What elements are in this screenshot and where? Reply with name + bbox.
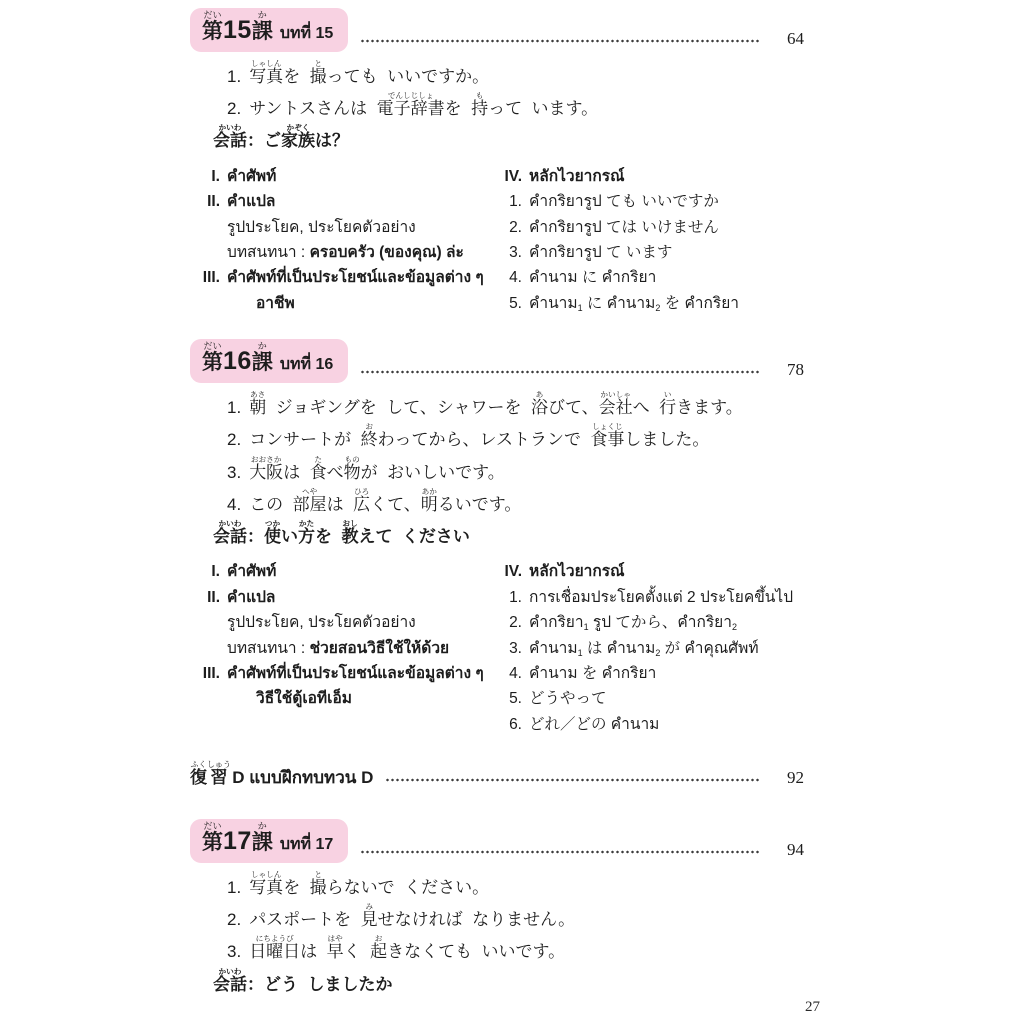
subscript-number: 2 bbox=[655, 303, 660, 313]
text-run: ：どう しましたか bbox=[247, 975, 392, 994]
sentence-text: 写真しゃしんを 撮とらないで ください。 bbox=[249, 878, 489, 897]
text-run: は คำนาม bbox=[583, 640, 656, 657]
ruby-base-text: 行い bbox=[659, 398, 676, 417]
furigana: お bbox=[370, 934, 387, 943]
furigana: だい bbox=[202, 10, 223, 20]
lesson-title-box: 第だい17課かบทที่ 17 bbox=[190, 819, 348, 863]
toc-page-number: 92 bbox=[770, 769, 804, 786]
item-label: III. bbox=[190, 268, 220, 289]
item-label: 2. bbox=[492, 218, 522, 239]
item-text: คำนาม に คำกริยา bbox=[529, 268, 656, 289]
ruby-base-text: 教おし bbox=[341, 527, 358, 546]
item-text: หลักไวยากรณ์ bbox=[529, 167, 624, 188]
text-run: を bbox=[283, 878, 309, 897]
text-run: らないで ください。 bbox=[327, 878, 489, 897]
furigana: み bbox=[361, 902, 378, 911]
sentence-line: 1.朝あさ ジョギングを して、シャワーを 浴あびて、会社かいしゃへ 行いきます… bbox=[190, 390, 804, 419]
sentence-text: 大阪おおさかは 食たべ物ものが おいしいです。 bbox=[249, 463, 505, 482]
text-run: わってから、レストランで bbox=[378, 430, 591, 449]
lesson-header-row: 第だい17課かบทที่ 1794 bbox=[190, 819, 804, 863]
column-item: IV.หลักไวยากรณ์ bbox=[492, 167, 804, 188]
text-run: べ bbox=[327, 463, 344, 482]
text-run: を bbox=[445, 99, 471, 118]
text-run: を bbox=[315, 527, 341, 546]
sentence-line: 2.パスポートを 見みせなければ なりません。 bbox=[190, 902, 804, 931]
text-run: คำนาม に คำกริยา bbox=[529, 269, 656, 286]
ruby-base-text: 早はや bbox=[327, 942, 344, 961]
text-run: しました。 bbox=[624, 430, 709, 449]
sentence-line: 2.サントスさんは 電子辞書でんしじしょを 持もって います。 bbox=[190, 91, 804, 120]
sentence-text: この 部屋へやは 広ひろくて、明あかるいです。 bbox=[249, 495, 521, 514]
furigana: しゃしん bbox=[249, 59, 283, 68]
text-run: คำศัพท์ bbox=[227, 168, 276, 185]
text-run: หลักไวยากรณ์ bbox=[529, 168, 624, 185]
column-item: 5.คำนาม1 に คำนาม2 を คำกริยา bbox=[492, 294, 804, 315]
text-run: รูป てから、คำกริยา bbox=[589, 614, 732, 631]
text-run: せなければ なりません。 bbox=[378, 910, 575, 929]
text-run: คำศัพท์ bbox=[227, 563, 276, 580]
kaiwa-line: 会話かいわ：使つかい方かたを 教おしえて ください bbox=[190, 519, 804, 548]
grammar-column: IV.หลักไวยากรณ์1.คำกริยารูป ても いいですか2.คำ… bbox=[492, 162, 804, 319]
subscript-number: 1 bbox=[584, 622, 589, 632]
column-item: III.คำศัพท์ที่เป็นประโยชน์และข้อมูลต่าง … bbox=[190, 664, 492, 685]
furigana: へや bbox=[293, 487, 327, 496]
furigana: あ bbox=[531, 390, 548, 399]
text-run: วิธีใช้ตู้เอทีเอ็ม bbox=[256, 690, 352, 707]
item-label: III. bbox=[190, 664, 220, 685]
furigana: かいわ bbox=[213, 123, 247, 132]
item-text: คำกริยารูป ても いいですか bbox=[529, 192, 719, 213]
item-text: คำกริยารูป ては いけません bbox=[529, 218, 719, 239]
item-text: คำแปล bbox=[227, 192, 275, 213]
text-run: 16 bbox=[223, 347, 252, 375]
text-run: く bbox=[344, 942, 370, 961]
lesson-header-row: 第だい15課かบทที่ 1564 bbox=[190, 8, 804, 52]
item-label: 6. bbox=[492, 715, 522, 736]
item-text: คำนาม を คำกริยา bbox=[529, 664, 656, 685]
sentence-text: 朝あさ ジョギングを して、シャワーを 浴あびて、会社かいしゃへ 行いきます。 bbox=[249, 398, 743, 417]
text-run: บทสนทนา : bbox=[227, 640, 310, 657]
column-item: รูปประโยค, ประโยคตัวอย่าง bbox=[190, 218, 492, 239]
ruby-base-text: 物もの bbox=[344, 463, 361, 482]
sentence-line: 1.写真しゃしんを 撮とらないで ください。 bbox=[190, 870, 804, 899]
item-text: คำกริยา1 รูป てから、คำกริยา2 bbox=[529, 613, 737, 634]
ruby-base-text: 会話かいわ bbox=[213, 975, 247, 994]
lesson-entry: 第だい15課かบทที่ 15641.写真しゃしんを 撮とっても いいですか。2… bbox=[190, 8, 804, 319]
text-run: は bbox=[283, 463, 309, 482]
furigana: か bbox=[252, 821, 273, 831]
text-run: きなくても いいです。 bbox=[387, 942, 565, 961]
item-label: 5. bbox=[492, 689, 522, 710]
ruby-base-text: 朝あさ bbox=[249, 398, 266, 417]
subscript-number: 1 bbox=[578, 648, 583, 658]
column-item: II.คำแปล bbox=[190, 588, 492, 609]
furigana: つか bbox=[264, 519, 281, 528]
column-item: 1.การเชื่อมประโยคตั้งแต่ 2 ประโยคขึ้นไป bbox=[492, 588, 804, 609]
ruby-base-text: 広ひろ bbox=[353, 495, 370, 514]
text-run: に คำนาม bbox=[583, 295, 656, 312]
item-text: วิธีใช้ตู้เอทีเอ็ม bbox=[256, 689, 352, 710]
furigana: だい bbox=[202, 821, 223, 831]
text-run: คำนาม bbox=[529, 295, 578, 312]
item-text: คำแปล bbox=[227, 588, 275, 609]
text-run: ： bbox=[247, 527, 264, 546]
furigana: た bbox=[310, 455, 327, 464]
ruby-base-text: 会社かいしゃ bbox=[599, 398, 633, 417]
column-item: 3.คำกริยารูป て います bbox=[492, 243, 804, 264]
item-label: 1. bbox=[492, 588, 522, 609]
furigana: にちようび bbox=[249, 934, 300, 943]
toc-page-number: 94 bbox=[770, 841, 804, 858]
ruby-base-text: 写真しゃしん bbox=[249, 878, 283, 897]
ruby-base-text: 日曜日にちようび bbox=[249, 942, 300, 961]
text-run: 15 bbox=[223, 16, 252, 44]
kaiwa-text: 会話かいわ：ご家族かぞくは？ bbox=[213, 131, 349, 150]
ruby-base-text: 起お bbox=[370, 942, 387, 961]
text-run: この bbox=[249, 495, 292, 514]
furigana: あさ bbox=[249, 390, 266, 399]
item-text: คำนาม1 は คำนาม2 が คำคุณศัพท์ bbox=[529, 639, 759, 660]
column-item: 4.คำนาม に คำกริยา bbox=[492, 268, 804, 289]
item-text: คำศัพท์ที่เป็นประโยชน์และข้อมูลต่าง ๆ bbox=[227, 268, 484, 289]
text-run: บทสนทนา : bbox=[227, 244, 310, 261]
grammar-column: IV.หลักไวยากรณ์1.การเชื่อมประโยคตั้งแต่ … bbox=[492, 558, 804, 740]
subscript-number: 1 bbox=[578, 303, 583, 313]
furigana: い bbox=[659, 390, 676, 399]
column-item: 4.คำนาม を คำกริยา bbox=[492, 664, 804, 685]
ruby-base-text: 会話かいわ bbox=[213, 527, 247, 546]
furigana: だい bbox=[202, 341, 223, 351]
kaiwa-text: 会話かいわ：どう しましたか bbox=[213, 975, 392, 994]
text-run: คำนาม を คำกริยา bbox=[529, 665, 656, 682]
item-text: บทสนทนา : ช่วยสอนวิธีใช้ให้ด้วย bbox=[227, 639, 449, 660]
text-run: サントスさんは bbox=[249, 99, 376, 118]
lesson-columns: I.คำศัพท์II.คำแปลรูปประโยค, ประโยคตัวอย่… bbox=[190, 558, 804, 740]
item-label: IV. bbox=[492, 167, 522, 188]
lesson-title-thai: บทที่ 17 bbox=[280, 832, 334, 857]
column-item: I.คำศัพท์ bbox=[190, 167, 492, 188]
item-label: 3. bbox=[492, 243, 522, 264]
dotted-leader bbox=[360, 370, 760, 374]
dotted-leader bbox=[385, 778, 760, 782]
text-run: คำกริยารูป て います bbox=[529, 244, 672, 261]
furigana: かぞく bbox=[281, 123, 315, 132]
text-run: びて、 bbox=[548, 398, 599, 417]
item-text: หลักไวยากรณ์ bbox=[529, 562, 624, 583]
ruby-base-text: 課か bbox=[252, 831, 273, 854]
text-run: きます。 bbox=[676, 398, 743, 417]
ruby-base-text: 見み bbox=[361, 910, 378, 929]
text-run: を bbox=[283, 67, 309, 86]
text-run: どれ／どの คำนาม bbox=[529, 716, 659, 733]
review-title: 復ふく習しゅう D แบบฝึกทบทวน D bbox=[190, 760, 373, 791]
sentence-number: 3. bbox=[227, 941, 241, 963]
furigana: もの bbox=[344, 455, 361, 464]
text-run: どうやって bbox=[529, 690, 607, 707]
item-text: คำศัพท์ที่เป็นประโยชน์และข้อมูลต่าง ๆ bbox=[227, 664, 484, 685]
furigana: かいしゃ bbox=[599, 390, 633, 399]
ruby-base-text: 第だい bbox=[202, 20, 223, 43]
column-item: อาชีพ bbox=[190, 294, 492, 315]
dotted-leader bbox=[360, 39, 760, 43]
item-label: 4. bbox=[492, 664, 522, 685]
column-item: 6.どれ／どの คำนาม bbox=[492, 715, 804, 736]
text-run: を คำกริยา bbox=[660, 295, 739, 312]
sentence-line: 1.写真しゃしんを 撮とっても いいですか。 bbox=[190, 59, 804, 88]
text-run: อาชีพ bbox=[256, 295, 295, 312]
furigana: も bbox=[471, 91, 488, 100]
sentence-number: 2. bbox=[227, 909, 241, 931]
item-label: II. bbox=[190, 588, 220, 609]
furigana: かた bbox=[298, 519, 315, 528]
sentence-text: コンサートが 終おわってから、レストランで 食事しょくじしました。 bbox=[249, 430, 709, 449]
ruby-base-text: 会話かいわ bbox=[213, 131, 247, 150]
ruby-base-text: 大阪おおさか bbox=[249, 463, 283, 482]
ruby-base-text: 食た bbox=[310, 463, 327, 482]
furigana: しょくじ bbox=[590, 422, 624, 431]
text-run: くて、 bbox=[370, 495, 421, 514]
ruby-base-text: 浴あ bbox=[531, 398, 548, 417]
example-sentences: 1.朝あさ ジョギングを して、シャワーを 浴あびて、会社かいしゃへ 行いきます… bbox=[190, 390, 804, 515]
text-run: ครอบครัว (ของคุณ) ล่ะ bbox=[310, 244, 464, 261]
furigana: しゅう bbox=[207, 760, 231, 769]
item-text: คำนาม1 に คำนาม2 を คำกริยา bbox=[529, 294, 739, 315]
lesson-title-thai: บทที่ 15 bbox=[280, 21, 334, 46]
ruby-base-text: 持も bbox=[471, 99, 488, 118]
column-item: รูปประโยค, ประโยคตัวอย่าง bbox=[190, 613, 492, 634]
item-label: 4. bbox=[492, 268, 522, 289]
column-item: บทสนทนา : ครอบครัว (ของคุณ) ล่ะ bbox=[190, 243, 492, 264]
text-run: ジョギングを して、シャワーを bbox=[266, 398, 531, 417]
item-text: รูปประโยค, ประโยคตัวอย่าง bbox=[227, 613, 416, 634]
lesson-title-japanese: 第だい15課か bbox=[202, 10, 273, 45]
furigana: しゃしん bbox=[249, 870, 283, 879]
text-run: คำแปล bbox=[227, 589, 275, 606]
book-page: 第だい15課かบทที่ 15641.写真しゃしんを 撮とっても いいですか。2… bbox=[0, 0, 1024, 1024]
ruby-base-text: 第だい bbox=[202, 351, 223, 374]
ruby-base-text: 電子辞書でんしじしょ bbox=[377, 99, 445, 118]
furigana: あか bbox=[421, 487, 438, 496]
sentence-number: 3. bbox=[227, 462, 241, 484]
ruby-base-text: 終お bbox=[361, 430, 378, 449]
item-text: การเชื่อมประโยคตั้งแต่ 2 ประโยคขึ้นไป bbox=[529, 588, 793, 609]
furigana: お bbox=[361, 422, 378, 431]
item-label: 2. bbox=[492, 613, 522, 634]
text-run: ช่วยสอนวิธีใช้ให้ด้วย bbox=[310, 640, 450, 657]
example-sentences: 1.写真しゃしんを 撮とらないで ください。2.パスポートを 見みせなければ な… bbox=[190, 870, 804, 963]
ruby-base-text: 課か bbox=[252, 351, 273, 374]
text-run: えて ください bbox=[358, 527, 469, 546]
review-entry: 復ふく習しゅう D แบบฝึกทบทวน D92 bbox=[190, 760, 804, 791]
furigana: ひろ bbox=[353, 487, 370, 496]
item-text: คำกริยารูป て います bbox=[529, 243, 672, 264]
lesson-entry: 第だい17課かบทที่ 17941.写真しゃしんを 撮とらないで ください。2… bbox=[190, 819, 804, 995]
lesson-title-thai: บทที่ 16 bbox=[280, 352, 334, 377]
furigana: かいわ bbox=[213, 967, 247, 976]
text-run: ：ご bbox=[247, 131, 281, 150]
sentence-line: 4.この 部屋へやは 広ひろくて、明あかるいです。 bbox=[190, 487, 804, 516]
text-run: คำนาม bbox=[529, 640, 578, 657]
text-run: は？ bbox=[315, 131, 349, 150]
ruby-base-text: 撮と bbox=[310, 878, 327, 897]
furigana: と bbox=[310, 59, 327, 68]
ruby-base-text: 課か bbox=[252, 20, 273, 43]
column-item: II.คำแปล bbox=[190, 192, 492, 213]
sentence-text: 日曜日にちようびは 早はやく 起おきなくても いいです。 bbox=[249, 942, 565, 961]
subscript-number: 2 bbox=[655, 648, 660, 658]
text-run: るいです。 bbox=[438, 495, 522, 514]
text-run: คำศัพท์ที่เป็นประโยชน์และข้อมูลต่าง ๆ bbox=[227, 665, 484, 682]
column-item: บทสนทนา : ช่วยสอนวิธีใช้ให้ด้วย bbox=[190, 639, 492, 660]
text-run: コンサートが bbox=[249, 430, 360, 449]
column-item: IV.หลักไวยากรณ์ bbox=[492, 562, 804, 583]
sentence-number: 1. bbox=[227, 397, 241, 419]
text-run: が おいしいです。 bbox=[361, 463, 505, 482]
ruby-base-text: 習しゅう bbox=[207, 768, 228, 787]
lesson-title-box: 第だい15課かบทที่ 15 bbox=[190, 8, 348, 52]
toc-page-number: 78 bbox=[770, 361, 804, 378]
item-label: I. bbox=[190, 167, 220, 188]
table-of-contents: 第だい15課かบทที่ 15641.写真しゃしんを 撮とっても いいですか。2… bbox=[190, 8, 804, 1016]
item-text: คำศัพท์ bbox=[227, 562, 276, 583]
text-run: っても いいですか。 bbox=[327, 67, 489, 86]
sentence-number: 2. bbox=[227, 429, 241, 451]
text-run: รูปประโยค, ประโยคตัวอย่าง bbox=[227, 614, 416, 631]
item-label: 1. bbox=[492, 192, 522, 213]
furigana: おし bbox=[341, 519, 358, 528]
ruby-base-text: 写真しゃしん bbox=[249, 67, 283, 86]
sentence-number: 2. bbox=[227, 98, 241, 120]
furigana: か bbox=[252, 10, 273, 20]
ruby-base-text: 家族かぞく bbox=[281, 131, 315, 150]
review-header-row: 復ふく習しゅう D แบบฝึกทบทวน D92 bbox=[190, 760, 804, 791]
lesson-header-row: 第だい16課かบทที่ 1678 bbox=[190, 339, 804, 383]
text-run: คำกริยารูป ても いいですか bbox=[529, 193, 719, 210]
ruby-base-text: 部屋へや bbox=[293, 495, 327, 514]
column-item: I.คำศัพท์ bbox=[190, 562, 492, 583]
ruby-base-text: 食事しょくじ bbox=[590, 430, 624, 449]
page-number-folio: 27 bbox=[780, 999, 820, 1016]
text-run: が คำคุณศัพท์ bbox=[660, 640, 758, 657]
column-item: 2.คำกริยารูป ては いけません bbox=[492, 218, 804, 239]
item-text: รูปประโยค, ประโยคตัวอย่าง bbox=[227, 218, 416, 239]
column-item: วิธีใช้ตู้เอทีเอ็ม bbox=[190, 689, 492, 710]
furigana: と bbox=[310, 870, 327, 879]
furigana: か bbox=[252, 341, 273, 351]
ruby-base-text: 使つか bbox=[264, 527, 281, 546]
item-label: 5. bbox=[492, 294, 522, 315]
text-run: へ bbox=[633, 398, 659, 417]
lesson-entry: 第だい16課かบทที่ 16781.朝あさ ジョギングを して、シャワーを 浴… bbox=[190, 339, 804, 740]
lesson-title-japanese: 第だい17課か bbox=[202, 821, 273, 856]
item-text: どうやって bbox=[529, 689, 607, 710]
sentence-line: 3.大阪おおさかは 食たべ物ものが おいしいです。 bbox=[190, 455, 804, 484]
ruby-base-text: 撮と bbox=[310, 67, 327, 86]
item-label: I. bbox=[190, 562, 220, 583]
text-run: รูปประโยค, ประโยคตัวอย่าง bbox=[227, 219, 416, 236]
text-run: คำศัพท์ที่เป็นประโยชน์และข้อมูลต่าง ๆ bbox=[227, 269, 484, 286]
lesson-title-japanese: 第だい16課か bbox=[202, 341, 273, 376]
sentence-line: 3.日曜日にちようびは 早はやく 起おきなくても いいです。 bbox=[190, 934, 804, 963]
sentence-line: 2.コンサートが 終おわってから、レストランで 食事しょくじしました。 bbox=[190, 422, 804, 451]
text-run: คำกริยา bbox=[529, 614, 584, 631]
item-text: บทสนทนา : ครอบครัว (ของคุณ) ล่ะ bbox=[227, 243, 464, 264]
item-label: II. bbox=[190, 192, 220, 213]
item-text: อาชีพ bbox=[256, 294, 295, 315]
text-run: หลักไวยากรณ์ bbox=[529, 563, 624, 580]
item-label: 3. bbox=[492, 639, 522, 660]
vocab-column: I.คำศัพท์II.คำแปลรูปประโยค, ประโยคตัวอย่… bbox=[190, 162, 492, 319]
sentence-number: 4. bbox=[227, 494, 241, 516]
item-label: IV. bbox=[492, 562, 522, 583]
text-run: คำกริยารูป ては いけません bbox=[529, 219, 719, 236]
text-run: การเชื่อมประโยคตั้งแต่ 2 ประโยคขึ้นไป bbox=[529, 589, 793, 606]
lesson-title-box: 第だい16課かบทที่ 16 bbox=[190, 339, 348, 383]
kaiwa-text: 会話かいわ：使つかい方かたを 教おしえて ください bbox=[213, 527, 470, 546]
example-sentences: 1.写真しゃしんを 撮とっても いいですか。2.サントスさんは 電子辞書でんしじ… bbox=[190, 59, 804, 120]
text-run: って います。 bbox=[488, 99, 598, 118]
sentence-text: 写真しゃしんを 撮とっても いいですか。 bbox=[249, 67, 489, 86]
ruby-base-text: 明あか bbox=[421, 495, 438, 514]
text-run: คำแปล bbox=[227, 193, 275, 210]
furigana: はや bbox=[327, 934, 344, 943]
column-item: 5.どうやって bbox=[492, 689, 804, 710]
text-run: は bbox=[327, 495, 353, 514]
column-item: 2.คำกริยา1 รูป てから、คำกริยา2 bbox=[492, 613, 804, 634]
column-item: 3.คำนาม1 は คำนาม2 が คำคุณศัพท์ bbox=[492, 639, 804, 660]
text-run: い bbox=[281, 527, 298, 546]
furigana: かいわ bbox=[213, 519, 247, 528]
ruby-base-text: 方かた bbox=[298, 527, 315, 546]
sentence-text: サントスさんは 電子辞書でんしじしょを 持もって います。 bbox=[249, 99, 598, 118]
sentence-number: 1. bbox=[227, 877, 241, 899]
vocab-column: I.คำศัพท์II.คำแปลรูปประโยค, ประโยคตัวอย่… bbox=[190, 558, 492, 740]
dotted-leader bbox=[360, 850, 760, 854]
furigana: ふく bbox=[190, 760, 207, 769]
text-run: は bbox=[300, 942, 326, 961]
item-text: どれ／どの คำนาม bbox=[529, 715, 659, 736]
sentence-text: パスポートを 見みせなければ なりません。 bbox=[249, 910, 575, 929]
text-run: D แบบฝึกทบทวน D bbox=[228, 768, 374, 787]
column-item: III.คำศัพท์ที่เป็นประโยชน์และข้อมูลต่าง … bbox=[190, 268, 492, 289]
kaiwa-line: 会話かいわ：ご家族かぞくは？ bbox=[190, 123, 804, 152]
item-text: คำศัพท์ bbox=[227, 167, 276, 188]
furigana: でんしじしょ bbox=[377, 91, 445, 100]
kaiwa-line: 会話かいわ：どう しましたか bbox=[190, 967, 804, 996]
lesson-columns: I.คำศัพท์II.คำแปลรูปประโยค, ประโยคตัวอย่… bbox=[190, 162, 804, 319]
furigana: おおさか bbox=[249, 455, 283, 464]
column-item: 1.คำกริยารูป ても いいですか bbox=[492, 192, 804, 213]
text-run: パスポートを bbox=[249, 910, 360, 929]
sentence-number: 1. bbox=[227, 66, 241, 88]
toc-page-number: 64 bbox=[770, 30, 804, 47]
text-run: 17 bbox=[223, 827, 252, 855]
ruby-base-text: 復ふく bbox=[190, 768, 207, 787]
subscript-number: 2 bbox=[732, 622, 737, 632]
ruby-base-text: 第だい bbox=[202, 831, 223, 854]
